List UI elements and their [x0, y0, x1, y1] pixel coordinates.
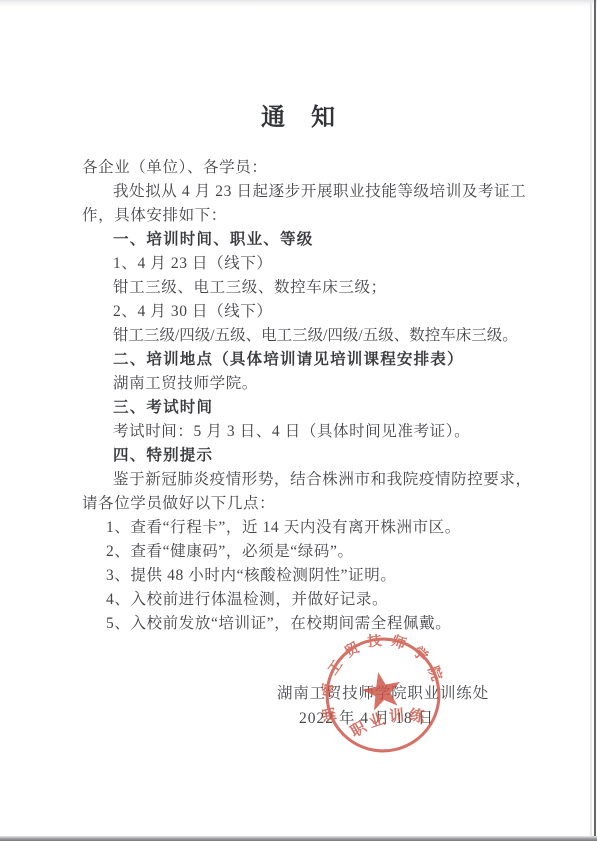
section-4-item-5: 5、入校前发放“培训证”，在校期间需全程佩戴。: [82, 612, 552, 636]
section-3-heading: 三、考试时间: [82, 396, 552, 420]
page-title: 通 知: [0, 97, 597, 132]
section-2-body: 湖南工贸技师学院。: [82, 372, 552, 396]
section-3-body: 考试时间：5 月 3 日、4 日（具体时间见准考证）。: [82, 420, 552, 444]
section-4-item-1: 1、查看“行程卡”，近 14 天内没有离开株洲市区。: [82, 516, 552, 540]
section-4-intro-1: 鉴于新冠肺炎疫情形势，结合株洲市和我院疫情防控要求，: [82, 468, 552, 492]
scan-edge-bottom: [0, 836, 597, 841]
line-intro-1: 我处拟从 4 月 23 日起逐步开展职业技能等级培训及考证工: [82, 180, 552, 204]
section-4-intro-2: 请各位学员做好以下几点：: [82, 492, 552, 516]
section-4-item-4: 4、入校前进行体温检测，并做好记录。: [82, 588, 552, 612]
scan-edge-top: [0, 0, 597, 7]
section-1-heading: 一、培训时间、职业、等级: [82, 228, 552, 252]
line-salutation: 各企业（单位）、各学员：: [82, 156, 552, 180]
section-1-item-1-detail: 钳工三级、电工三级、数控车床三级；: [82, 276, 552, 300]
signature-date: 2022 年 4 月 18 日: [299, 706, 434, 728]
section-4-heading: 四、特别提示: [82, 444, 552, 468]
section-4-item-2: 2、查看“健康码”，必须是“绿码”。: [82, 540, 552, 564]
section-4-item-3: 3、提供 48 小时内“核酸检测阴性”证明。: [82, 564, 552, 588]
scanned-notice-page: 通 知 各企业（单位）、各学员： 我处拟从 4 月 23 日起逐步开展职业技能等…: [0, 0, 597, 841]
section-2-heading: 二、培训地点（具体培训请见培训课程安排表）: [82, 348, 552, 372]
section-1-item-1: 1、4 月 23 日（线下）: [82, 252, 552, 276]
notice-body: 各企业（单位）、各学员： 我处拟从 4 月 23 日起逐步开展职业技能等级培训及…: [82, 156, 552, 636]
signature-org: 湖南工贸技师学院职业训练处: [277, 681, 489, 703]
section-1-item-2-detail: 钳工三级/四级/五级、电工三级/四级/五级、数控车床三级。: [82, 324, 552, 348]
line-intro-2: 作，具体安排如下：: [82, 204, 552, 228]
section-1-item-2: 2、4 月 30 日（线下）: [82, 300, 552, 324]
